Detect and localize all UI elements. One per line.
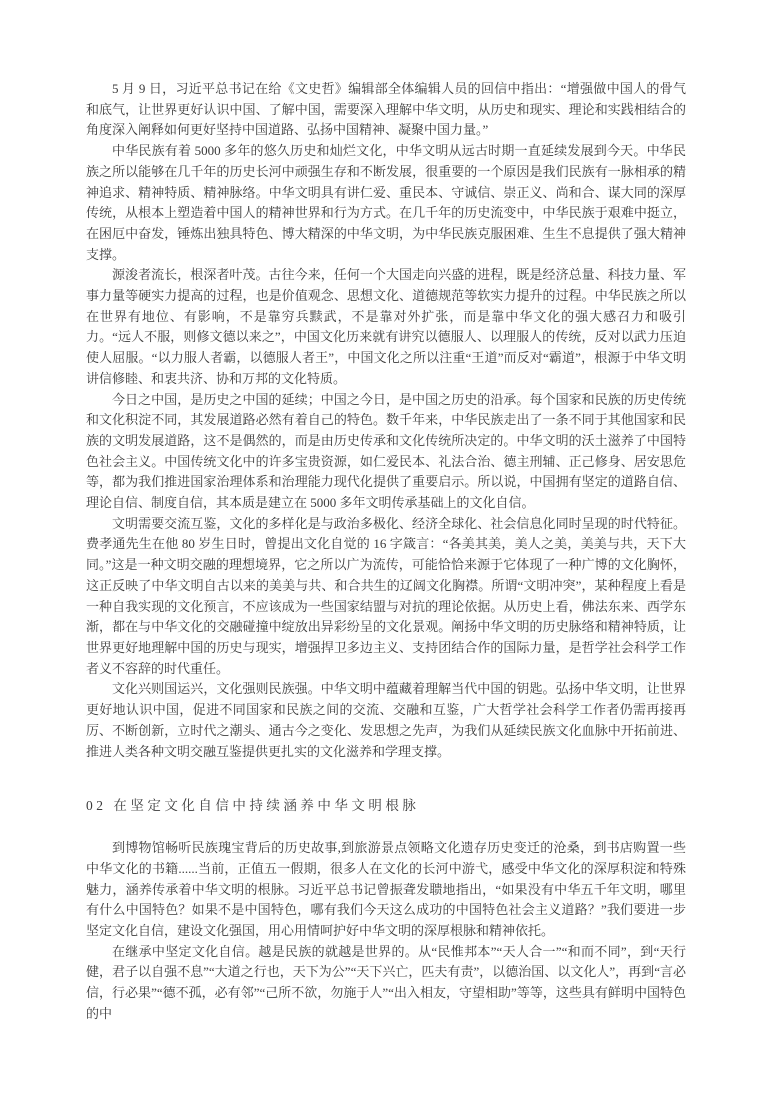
body-paragraph-7: 到博物馆畅听民族瑰宝背后的历史故事,到旅游景点领略文化遗存历史变迁的沧桑，到书店…	[86, 838, 686, 942]
body-paragraph-3: 源浚者流长，根深者叶茂。古往今来，任何一个大国走向兴盛的进程，既是经济总量、科技…	[86, 265, 686, 389]
body-paragraph-1: 5 月 9 日，习近平总书记在给《文史哲》编辑部全体编辑人员的回信中指出：“增强…	[86, 79, 686, 141]
body-paragraph-2: 中华民族有着 5000 多年的悠久历史和灿烂文化，中华文明从远古时期一直延续发展…	[86, 141, 686, 265]
body-paragraph-8: 在继承中坚定文化自信。越是民族的就越是世界的。从“民惟邦本”“天人合一”“和而不…	[86, 942, 686, 1025]
document-page: 5 月 9 日，习近平总书记在给《文史哲》编辑部全体编辑人员的回信中指出：“增强…	[0, 0, 780, 1105]
body-paragraph-4: 今日之中国，是历史之中国的延续；中国之今日，是中国之历史的沿承。每个国家和民族的…	[86, 390, 686, 514]
body-paragraph-6: 文化兴则国运兴，文化强则民族强。中华文明中蕴藏着理解当代中国的钥匙。弘扬中华文明…	[86, 679, 686, 762]
body-paragraph-5: 文明需要交流互鉴，文化的多样化是与政治多极化、经济全球化、社会信息化同时呈现的时…	[86, 514, 686, 680]
section-heading-02: 02 在坚定文化自信中持续涵养中华文明根脉	[86, 794, 686, 814]
